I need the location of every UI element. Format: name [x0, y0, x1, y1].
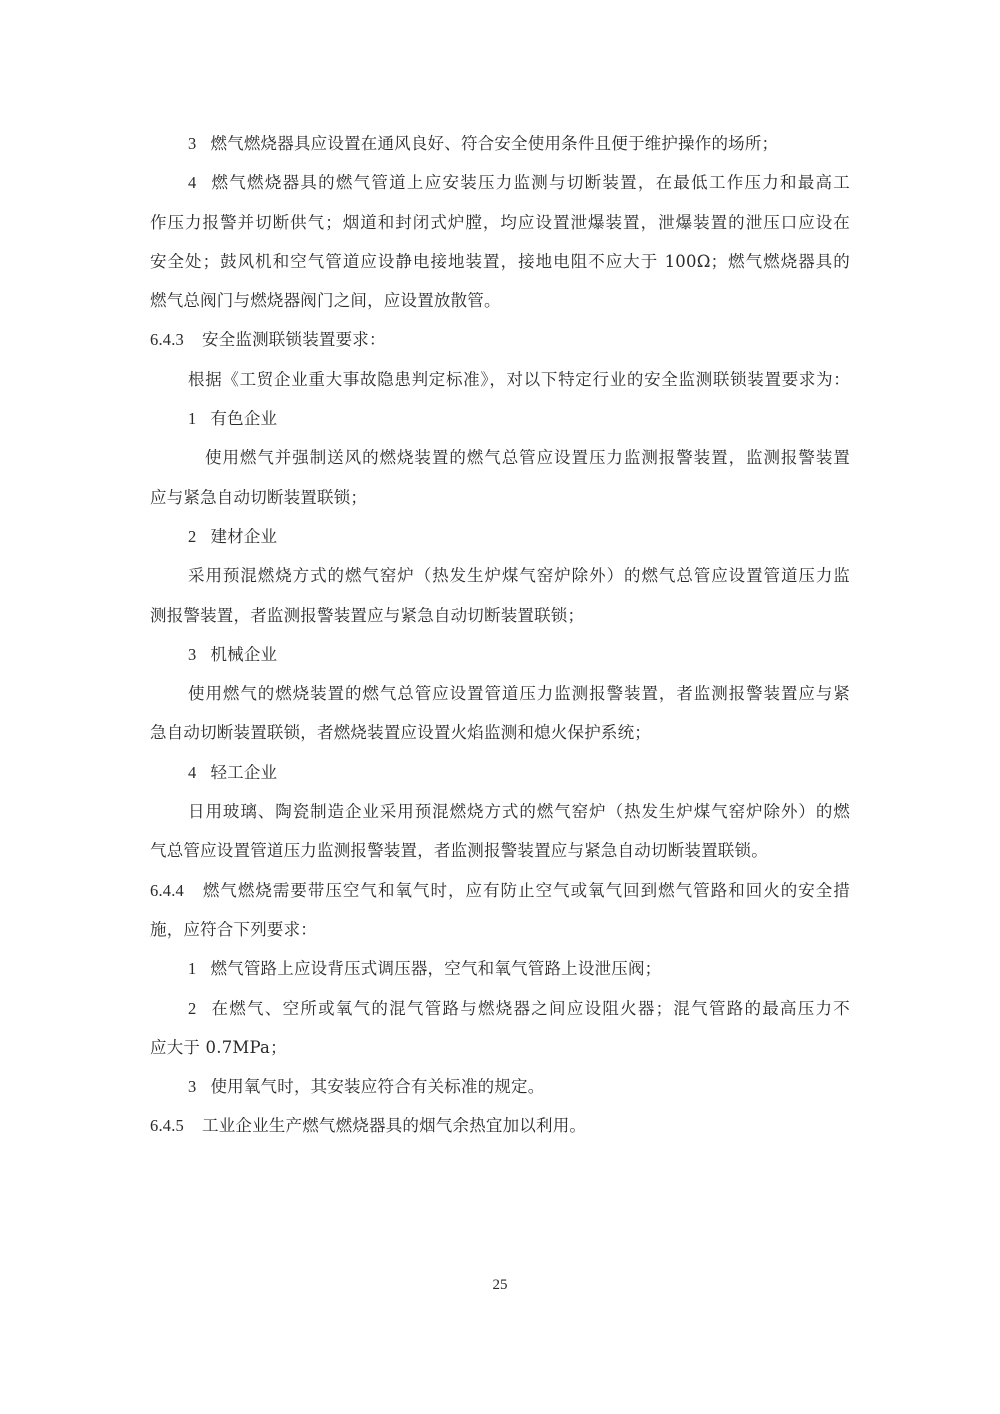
item-number: 2: [188, 517, 196, 556]
item-number: 4: [188, 163, 196, 202]
list-item-1-line: 1燃气管路上应设背压式调压器，空气和氧气管路上设泄压阀；: [150, 949, 850, 988]
section-number: 6.4.5: [150, 1106, 184, 1145]
item-number: 2: [188, 989, 196, 1028]
list-item-4-heading: 4轻工企业: [150, 753, 850, 792]
paragraph-line: 安全处；鼓风机和空气管道应设静电接地装置，接地电阻不应大于 100Ω；燃气燃烧器…: [150, 242, 850, 281]
item-number: 1: [188, 949, 196, 988]
list-item-3-heading: 3机械企业: [150, 635, 850, 674]
paragraph-line: 应与紧急自动切断装置联锁；: [150, 478, 850, 517]
paragraph-line: 根据《工贸企业重大事故隐患判定标准》，对以下特定行业的安全监测联锁装置要求为：: [150, 360, 850, 399]
paragraph-line: 施，应符合下列要求：: [150, 910, 850, 949]
list-item-4-line: 4燃气燃烧器具的燃气管道上应安装压力监测与切断装置，在最低工作压力和最高工: [150, 163, 850, 202]
paragraph-line: 测报警装置，者监测报警装置应与紧急自动切断装置联锁；: [150, 596, 850, 635]
section-heading-6-4-5: 6.4.5工业企业生产燃气燃烧器具的烟气余热宜加以利用。: [150, 1106, 850, 1145]
paragraph-line: 使用燃气的燃烧装置的燃气总管应设置管道压力监测报警装置，者监测报警装置应与紧: [150, 674, 850, 713]
page-number: 25: [0, 1277, 1000, 1294]
paragraph-line: 日用玻璃、陶瓷制造企业采用预混燃烧方式的燃气窑炉（热发生炉煤气窑炉除外）的燃: [150, 792, 850, 831]
item-number: 1: [188, 399, 196, 438]
item-number: 3: [188, 124, 196, 163]
section-heading-6-4-3: 6.4.3安全监测联锁装置要求：: [150, 320, 850, 359]
paragraph-line: 使用燃气并强制送风的燃烧装置的燃气总管应设置压力监测报警装置，监测报警装置: [150, 438, 850, 477]
item-number: 3: [188, 1067, 196, 1106]
item-number: 4: [188, 753, 196, 792]
list-item-3-line: 3燃气燃烧器具应设置在通风良好、符合安全使用条件且便于维护操作的场所；: [150, 124, 850, 163]
section-heading-6-4-4: 6.4.4燃气燃烧需要带压空气和氧气时，应有防止空气或氧气回到燃气管路和回火的安…: [150, 871, 850, 910]
paragraph-line: 作压力报警并切断供气；烟道和封闭式炉膛，均应设置泄爆装置，泄爆装置的泄压口应设在: [150, 203, 850, 242]
document-page: 3燃气燃烧器具应设置在通风良好、符合安全使用条件且便于维护操作的场所； 4燃气燃…: [0, 0, 1000, 1414]
item-number: 3: [188, 635, 196, 674]
paragraph-line: 急自动切断装置联锁，者燃烧装置应设置火焰监测和熄火保护系统；: [150, 713, 850, 752]
paragraph-line: 应大于 0.7MPa；: [150, 1028, 850, 1067]
paragraph-line: 采用预混燃烧方式的燃气窑炉（热发生炉煤气窑炉除外）的燃气总管应设置管道压力监: [150, 556, 850, 595]
list-item-2-line: 2在燃气、空所或氧气的混气管路与燃烧器之间应设阻火器；混气管路的最高压力不: [150, 989, 850, 1028]
list-item-2-heading: 2建材企业: [150, 517, 850, 556]
list-item-1-heading: 1有色企业: [150, 399, 850, 438]
list-item-3-line: 3使用氧气时，其安装应符合有关标准的规定。: [150, 1067, 850, 1106]
section-number: 6.4.4: [150, 871, 184, 910]
document-body: 3燃气燃烧器具应设置在通风良好、符合安全使用条件且便于维护操作的场所； 4燃气燃…: [150, 124, 850, 1146]
paragraph-line: 气总管应设置管道压力监测报警装置，者监测报警装置应与紧急自动切断装置联锁。: [150, 831, 850, 870]
section-number: 6.4.3: [150, 320, 184, 359]
paragraph-line: 燃气总阀门与燃烧器阀门之间，应设置放散管。: [150, 281, 850, 320]
